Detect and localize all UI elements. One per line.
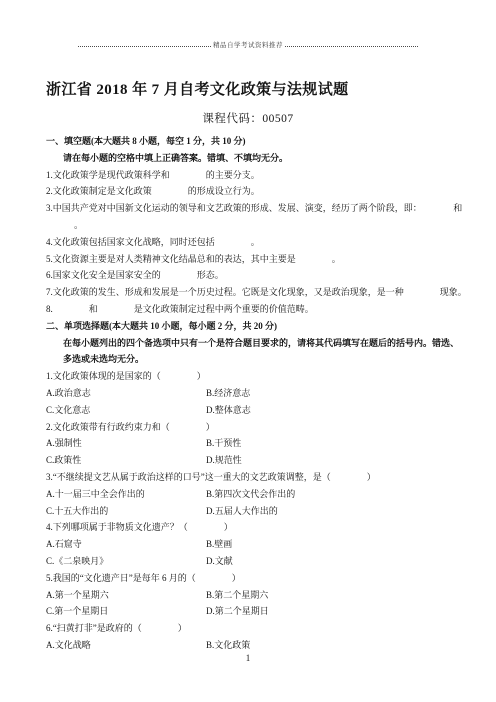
- section1-heading: 一、填空题(本大题共 8 小题，每空 1 分，共 10 分): [46, 133, 458, 150]
- question-4-stem: 4.下列哪项属于非物质文化遗产？（ ）: [46, 519, 458, 536]
- question-3-options-cd: C.十五大作出的 D.五届人大作出的: [46, 503, 458, 520]
- dotted-rule-right: [285, 46, 418, 47]
- option-d: D.规范性: [206, 452, 458, 469]
- question-3-stem: 3.“不继续提文艺从属于政治这样的口号”这一重大的文艺政策调整，是（ ）: [46, 469, 458, 486]
- fill-item-3: 3.中国共产党对中国新文化运动的领导和文艺政策的形成、发展、演变，经历了两个阶段…: [46, 200, 458, 217]
- question-2-options-cd: C.政策性 D.规范性: [46, 452, 458, 469]
- fill-item-2: 2.文化政策制定是文化政策 的形成设立行为。: [46, 183, 458, 200]
- option-c: C.《二泉映月》: [46, 553, 206, 570]
- page-title: 浙江省 2018 年 7 月自考文化政策与法规试题: [46, 82, 349, 99]
- fill-item-5: 5.文化资源主要是对人类精神文化结晶总和的表达，其中主要是 。: [46, 251, 458, 268]
- option-d: D.第二个星期日: [206, 603, 458, 620]
- fill-item-6: 6.国家文化安全是国家安全的 形态。: [46, 267, 458, 284]
- option-a: A.政治意志: [46, 385, 206, 402]
- watermark-header: 精品自学考试资料推荐: [78, 41, 418, 51]
- fill-item-8: 8. 和 是文化政策制定过程中两个重要的价值范畴。: [46, 301, 458, 318]
- option-b: B.干预性: [206, 435, 458, 452]
- question-1-stem: 1.文化政策体现的是国家的（ ）: [46, 368, 458, 385]
- question-4-options-ab: A.石窟寺 B.壁画: [46, 536, 458, 553]
- question-1-options-cd: C.文化意志 D.整体意志: [46, 402, 458, 419]
- section2-instruction-line1: 在每小题列出的四个备选项中只有一个是符合题目要求的，请将其代码填写在题后的括号内…: [46, 335, 458, 352]
- exam-document-page: 精品自学考试资料推荐 浙江省 2018 年 7 月自考文化政策与法规试题 课程代…: [0, 0, 496, 702]
- question-5-options-ab: A.第一个星期六 B.第二个星期六: [46, 587, 458, 604]
- option-c: C.十五大作出的: [46, 503, 206, 520]
- question-5-options-cd: C.第一个星期日 D.第二个星期日: [46, 603, 458, 620]
- option-a: A.第一个星期六: [46, 587, 206, 604]
- option-d: D.文献: [206, 553, 458, 570]
- option-a: A.强制性: [46, 435, 206, 452]
- question-6-stem: 6.“扫黄打非”是政府的（ ）: [46, 620, 458, 637]
- section2-instruction-line2: 多选或未选均无分。: [46, 351, 458, 368]
- option-b: B.壁画: [206, 536, 458, 553]
- question-5-stem: 5.我国的“文化遗产日”是每年 6 月的（ ）: [46, 570, 458, 587]
- section1-instruction: 请在每小题的空格中填上正确答案。错填、不填均无分。: [46, 150, 458, 167]
- fill-item-3-continuation: 。: [46, 217, 458, 234]
- option-d: D.五届人大作出的: [206, 503, 458, 520]
- question-2-options-ab: A.强制性 B.干预性: [46, 435, 458, 452]
- dotted-rule-left: [78, 46, 211, 47]
- question-2-stem: 2.文化政策带有行政约束力和（ ）: [46, 419, 458, 436]
- course-code: 课程代码：00507: [0, 112, 496, 126]
- option-a: A.石窟寺: [46, 536, 206, 553]
- exam-body: 一、填空题(本大题共 8 小题，每空 1 分，共 10 分) 请在每小题的空格中…: [46, 133, 458, 654]
- option-c: C.政策性: [46, 452, 206, 469]
- page-number: 1: [0, 652, 496, 664]
- option-a: A.十一届三中全会作出的: [46, 486, 206, 503]
- section2-heading: 二、单项选择题(本大题共 10 小题，每小题 2 分，共 20 分): [46, 318, 458, 335]
- option-c: C.第一个星期日: [46, 603, 206, 620]
- question-1-options-ab: A.政治意志 B.经济意志: [46, 385, 458, 402]
- option-b: B.经济意志: [206, 385, 458, 402]
- watermark-text: 精品自学考试资料推荐: [213, 41, 283, 51]
- fill-item-7: 7.文化政策的发生、形成和发展是一个历史过程。它既是文化现象，又是政治现象，是一…: [46, 284, 458, 301]
- question-4-options-cd: C.《二泉映月》 D.文献: [46, 553, 458, 570]
- option-d: D.整体意志: [206, 402, 458, 419]
- option-b: B.第二个星期六: [206, 587, 458, 604]
- fill-item-4: 4.文化政策包括国家文化战略，同时还包括 。: [46, 234, 458, 251]
- option-b: B.第四次文代会作出的: [206, 486, 458, 503]
- fill-item-1: 1.文化政策学是现代政策科学和 的主要分支。: [46, 167, 458, 184]
- option-c: C.文化意志: [46, 402, 206, 419]
- question-3-options-ab: A.十一届三中全会作出的 B.第四次文代会作出的: [46, 486, 458, 503]
